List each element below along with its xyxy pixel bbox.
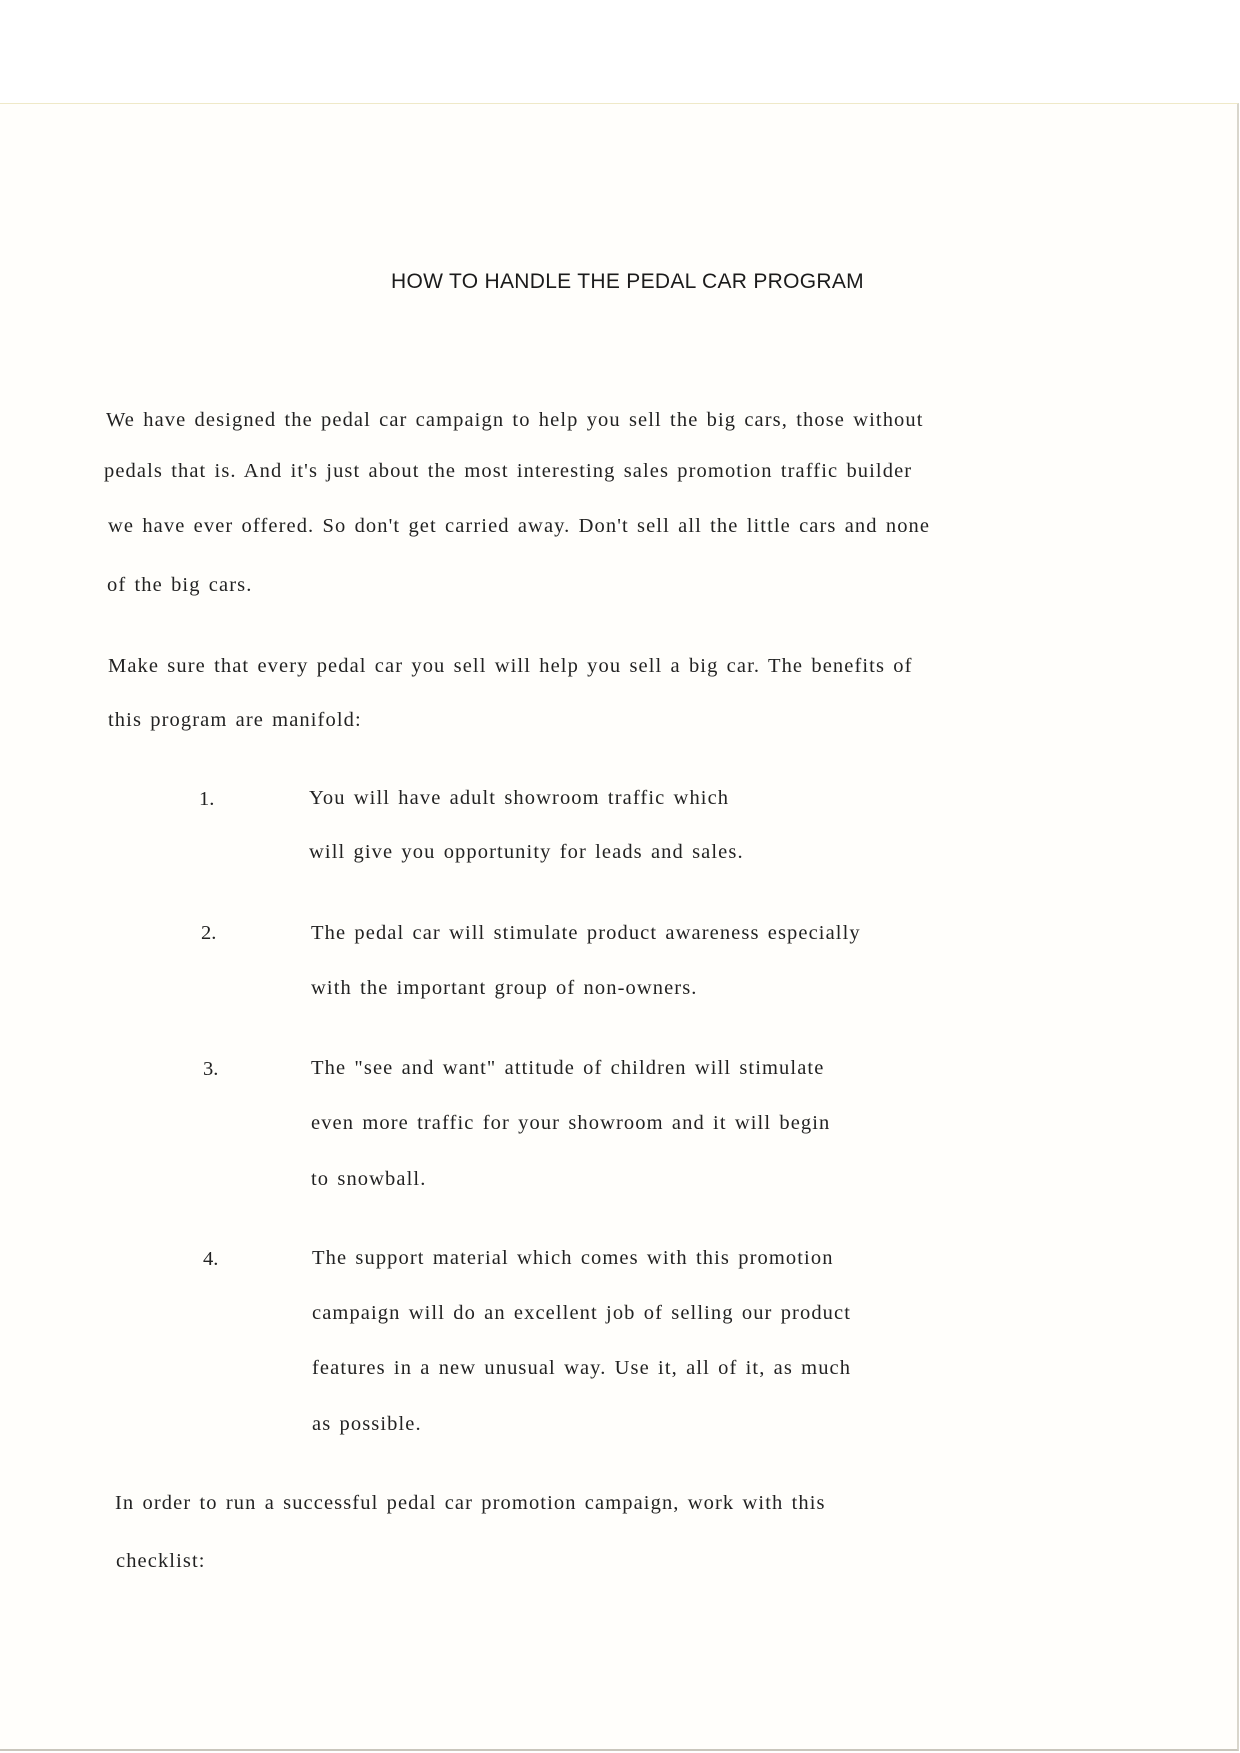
list-item-line: to snowball. [311, 1168, 426, 1191]
list-item-number: 2. [201, 922, 216, 945]
closing-paragraph-line: In order to run a successful pedal car p… [115, 1492, 826, 1515]
list-item-number: 3. [203, 1058, 218, 1081]
closing-paragraph-line: checklist: [116, 1550, 206, 1573]
list-item-line: The "see and want" attitude of children … [311, 1057, 824, 1080]
list-item-line: will give you opportunity for leads and … [309, 841, 744, 864]
list-item-number: 1. [199, 788, 214, 811]
intro-paragraph-line: We have designed the pedal car campaign … [106, 409, 924, 432]
list-item-line: features in a new unusual way. Use it, a… [312, 1357, 851, 1380]
list-item-number: 4. [203, 1248, 218, 1271]
list-item-line: even more traffic for your showroom and … [311, 1112, 830, 1135]
intro-paragraph-line: of the big cars. [107, 574, 252, 597]
list-item-line: as possible. [312, 1413, 422, 1436]
list-item-line: The support material which comes with th… [312, 1247, 834, 1270]
benefits-paragraph-line: Make sure that every pedal car you sell … [108, 655, 913, 678]
intro-paragraph-line: we have ever offered. So don't get carri… [108, 515, 930, 538]
list-item-line: campaign will do an excellent job of sel… [312, 1302, 851, 1325]
list-item-line: You will have adult showroom traffic whi… [309, 787, 729, 810]
scanned-page: HOW TO HANDLE THE PEDAL CAR PROGRAM We h… [0, 0, 1240, 1753]
document-title: HOW TO HANDLE THE PEDAL CAR PROGRAM [0, 270, 1240, 294]
list-item-line: with the important group of non-owners. [311, 977, 698, 1000]
benefits-paragraph-line: this program are manifold: [108, 709, 362, 732]
list-item-line: The pedal car will stimulate product awa… [311, 922, 861, 945]
intro-paragraph-line: pedals that is. And it's just about the … [104, 460, 912, 483]
